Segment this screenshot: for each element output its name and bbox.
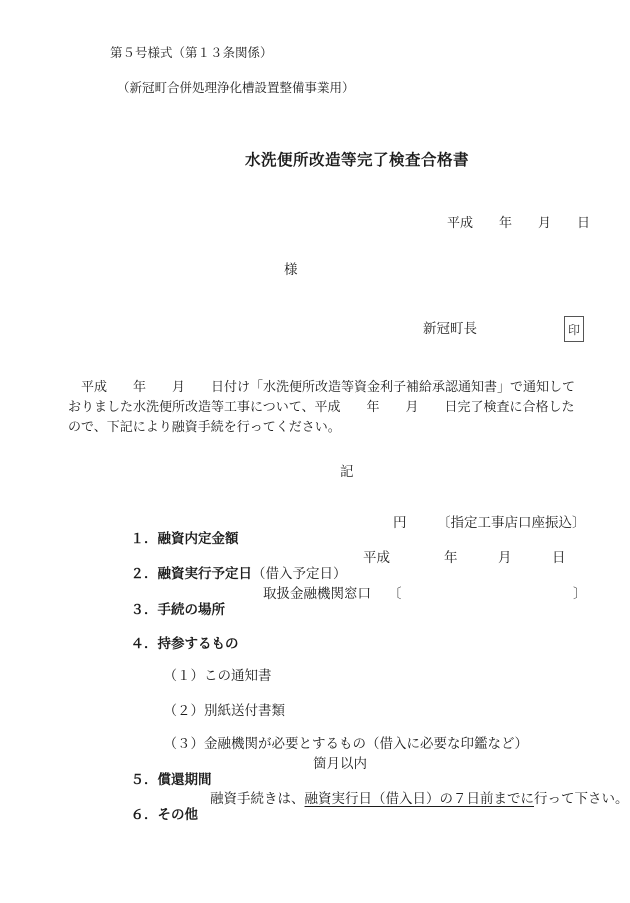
issue-date-line: 平成 年 月 日 (447, 215, 590, 231)
item-number: ６． (131, 807, 158, 822)
body-line: 平成 年 月 日付け「水洗便所改造等資金利子補給承認通知書」で通知して (68, 379, 575, 395)
other-note: 融資手続きは、融資実行日（借入日）の７日前までに行って下さい。 (210, 787, 629, 807)
body-line: おりました水洗便所改造等工事について、平成 年 月 日完了検査に合格した (68, 399, 574, 415)
duration-note: 箇月以内 (313, 752, 367, 772)
bracket-open: 〔 (388, 582, 402, 602)
loan-date-line: 平成 年 月 日 (363, 546, 566, 566)
item-number: ５． (131, 772, 158, 787)
bracket-close: 〕 (573, 582, 587, 602)
item-row-other: ６．その他 融資手続きは、融資実行日（借入日）の７日前までに行って下さい。 (117, 787, 610, 855)
seal-mark: 印 (568, 321, 580, 338)
item-number: １． (131, 531, 158, 546)
other-note-underlined: 融資実行日（借入日）の７日前までに (305, 791, 535, 806)
other-note-post: 行って下さい。 (534, 791, 629, 806)
sub-item-text: この通知書 (204, 668, 272, 683)
seal-box: 印 (564, 316, 584, 342)
form-use-note: （新冠町合併処理浄化槽設置整備事業用） (117, 81, 355, 96)
addressee-honorific: 様 (284, 262, 298, 278)
item-label: 手続の場所 (158, 602, 226, 617)
other-note-pre: 融資手続きは、 (210, 791, 305, 806)
item-number: ２． (131, 566, 158, 581)
item-label: 融資実行予定日 (158, 566, 253, 581)
item-label: 融資内定金額 (158, 531, 239, 546)
place-text: 取扱金融機関窓口 (263, 582, 371, 602)
form-number: 第５号様式（第１３条関係） (110, 46, 273, 61)
sub-item-number: （３） (164, 736, 205, 751)
item-label: 償還期間 (158, 772, 212, 787)
item-label: その他 (158, 807, 199, 822)
record-marker: 記 (340, 464, 354, 480)
transfer-note: 〔指定工事店口座振込〕 (437, 511, 586, 531)
document-title: 水洗便所改造等完了検査合格書 (245, 152, 469, 171)
item-label-note: （借入予定日） (252, 566, 347, 581)
currency-unit: 円 (393, 511, 407, 531)
document-page: 第５号様式（第１３条関係） （新冠町合併処理浄化槽設置整備事業用） 水洗便所改造… (0, 0, 630, 903)
item-number: ３． (131, 602, 158, 617)
sub-item-text: 金融機関が必要とするもの（借入に必要な印鑑など） (204, 736, 528, 751)
issuer-title: 新冠町長 (423, 321, 477, 337)
body-line: ので、下記により融資手続を行ってください。 (68, 419, 341, 435)
sub-item-number: （１） (164, 668, 205, 683)
